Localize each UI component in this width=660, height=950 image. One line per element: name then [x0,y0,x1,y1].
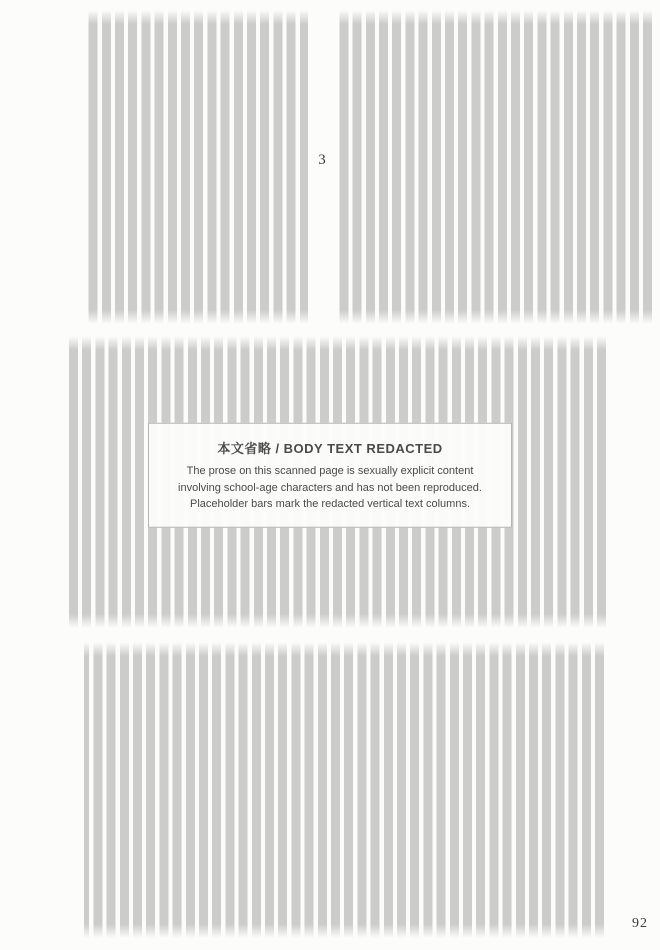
book-page: 3 92 本文省略 / BODY TEXT REDACTED The prose… [0,0,660,950]
text-block-bottom-redacted [84,642,604,938]
redaction-notice: 本文省略 / BODY TEXT REDACTED The prose on t… [148,423,512,528]
redaction-notice-detail: The prose on this scanned page is sexual… [165,463,495,513]
redaction-notice-title: 本文省略 / BODY TEXT REDACTED [165,438,495,457]
section-number: 3 [308,152,336,169]
page-number: 92 [632,916,648,932]
text-block-top-redacted [88,10,652,324]
section-number-column: 3 [308,10,336,324]
